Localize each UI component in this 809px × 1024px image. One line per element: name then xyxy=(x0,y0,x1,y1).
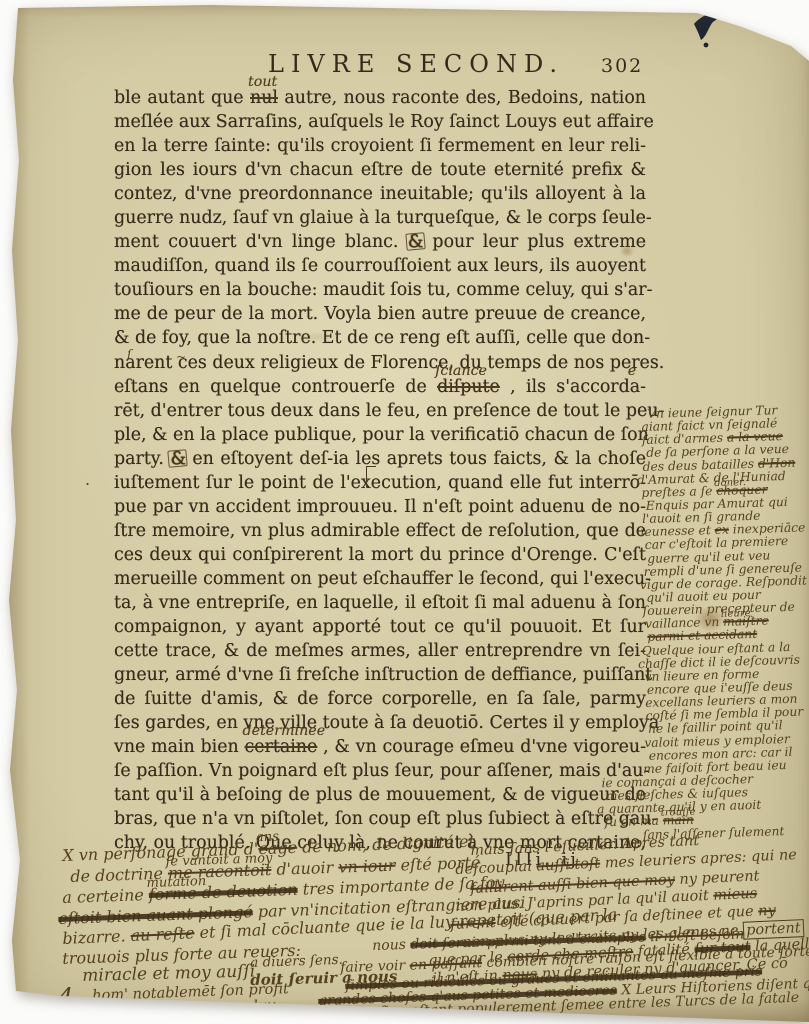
printed-line: merueille comment on peut eſchauffer le … xyxy=(114,567,646,591)
text-run: compaignon, y ayant apporté tout ce qu'i… xyxy=(114,617,646,637)
text-run: touſiours en la bouche: maudit ſois tu, … xyxy=(114,280,653,300)
text-run: de ſuitte d'amis, & de force corporelle,… xyxy=(114,689,646,709)
book-page: LIVRE SECOND. 302 ble autant que toutnul… xyxy=(0,0,809,1024)
printed-line: ta, à vne entrepriſe, en laquelle, il eſ… xyxy=(114,591,646,615)
text-run: a certeine xyxy=(62,885,149,907)
printed-line: meſlée aux Sarraſins, auſquels le Roy ſa… xyxy=(114,110,646,134)
text-run: il n'eſt in xyxy=(432,968,503,987)
text-run: ſes gardes, en vne ville toute à ſa deuo… xyxy=(114,713,659,733)
printed-line: vne main bien determineecertaine , & vn … xyxy=(114,735,646,759)
printed-line: touſiours en la bouche: maudit ſois tu, … xyxy=(114,278,646,302)
hand-correction: determinee xyxy=(243,719,326,743)
printed-line: tant qu'il à beſoing de plus de mouuemen… xyxy=(114,783,646,807)
text-run: party. xyxy=(114,449,170,469)
pen-mark: ſ xyxy=(127,347,131,361)
struck-text: auſſi toſt xyxy=(536,856,600,875)
retouched-char: & xyxy=(170,449,185,469)
printed-line: ces deux qui conſpirerent la mort du pri… xyxy=(114,543,646,567)
hand-correction: mutation xyxy=(146,874,206,891)
text-run: gneur, armé d'vne ſi freſche inſtruction… xyxy=(114,665,652,685)
printed-line: & de foy, que la noſtre. Et de ce reng e… xyxy=(114,326,646,350)
printed-line: de ſuitte d'amis, & de force corporelle,… xyxy=(114,687,646,711)
text-run: guerre nudz, ſauf vn glaiue à la turqueſ… xyxy=(114,208,652,228)
text-run: rēt, d'entrer tous deux dans le feu, en … xyxy=(114,401,664,421)
text-run: cette trace, & de meſmes armes, aller en… xyxy=(114,641,646,661)
printed-line: ſtre memoire, vn plus admirable effect d… xyxy=(114,519,646,543)
text-run: narent ces deux religieux de Florence, d… xyxy=(114,353,664,373)
pen-mark: . xyxy=(85,470,90,489)
photograph-background: { "header": { "title": "LIVRE SECOND.", … xyxy=(0,0,809,1024)
printed-line: contez, d'vne preordonnance ineuitable; … xyxy=(114,182,646,206)
hand-correction: tout xyxy=(248,70,277,94)
text-run: me de peur de la mort. Voyla bien autre … xyxy=(114,304,646,324)
hand-correction: trouſſe xyxy=(661,806,696,820)
printed-line: rēt, d'entrer tous deux dans le feu, en … xyxy=(114,399,646,423)
text-run: pour leur plus extreme xyxy=(423,232,646,252)
struck-text: cette xyxy=(292,1006,328,1023)
printed-line: en la terre ſainte: qu'ils croyoient ſi … xyxy=(114,134,646,158)
text-run: , ils s'accord xyxy=(500,377,630,397)
annotation-line: 4 xyxy=(58,983,73,1011)
printed-line: gion les iours d'vn chacun eſtre de tout… xyxy=(114,158,646,182)
text-run: ſi fortune continue a luy xyxy=(98,998,276,1020)
retouched-char: & xyxy=(408,232,423,252)
text-run: & de foy, que la noſtre. Et de ce reng e… xyxy=(114,328,650,348)
text-run: ces deux qui conſpirerent la mort du pri… xyxy=(114,545,646,565)
printed-line: compaignon, y ayant apporté tout ce qu'i… xyxy=(114,615,646,639)
paper-stain xyxy=(620,245,634,257)
text-run: contez, d'vne preordonnance ineuitable; … xyxy=(114,184,646,204)
annotation-line: ſi fortune continue a luy xyxy=(98,998,276,1020)
text-run: ble autant que xyxy=(114,88,250,108)
struck-text: mieus xyxy=(713,886,757,904)
text-run: ment couuert d'vn linge blanc. xyxy=(114,232,408,252)
printed-line: ſe paſſion. Vn poignard eſt plus ſeur, p… xyxy=(114,759,646,783)
text-run: d'auoir xyxy=(271,858,339,879)
printed-line: party. & en eſtoyent deſ-ia les aprets t… xyxy=(114,447,646,471)
struck-text: ny xyxy=(758,903,776,920)
pen-mark: ~ xyxy=(176,350,186,364)
text-run: , & vn courage eſmeu d'vne vigoreu- xyxy=(317,737,646,757)
text-run: ple, & en la place publique, pour la ver… xyxy=(114,425,649,445)
text-run: eſtans en quelque controuerſe de xyxy=(114,377,437,397)
printed-line: guerre nudz, ſauf vn glaiue à la turqueſ… xyxy=(114,206,646,230)
text-run: la xyxy=(275,1007,293,1024)
printed-line: gneur, armé d'vne ſi freſche inſtruction… xyxy=(114,663,646,687)
hand-correction: ſciance xyxy=(435,359,487,383)
struck-text: ſur tout xyxy=(694,939,751,957)
struck-text: nous xyxy=(502,966,538,984)
printed-line: bras, que n'a vn piſtolet, ſon coup eſt … xyxy=(114,807,646,831)
printed-line: ſes gardes, en vne ville toute à ſa deuo… xyxy=(114,711,646,735)
ink-blot xyxy=(688,8,750,52)
text-run: deſcouplai xyxy=(455,858,537,878)
struck-text: furent xyxy=(450,915,496,933)
text-run: en la terre ſainte: qu'ils croyoient ſi … xyxy=(114,136,646,156)
text-run: bras, que n'a vn piſtolet, ſon coup eſt … xyxy=(114,809,657,829)
text-run: merueille comment on peut eſchauffer le … xyxy=(114,569,651,589)
printed-line: ble autant que toutnul autre, nous racon… xyxy=(114,86,646,110)
text-run: iuſtement ſur le point de l'execution, q… xyxy=(114,473,646,493)
hand-correction: ans xyxy=(256,829,280,845)
text-run: 4 xyxy=(58,983,73,1011)
hand-correction: doner. xyxy=(714,476,746,490)
text-run: faire voir xyxy=(340,958,410,976)
printed-line: pue par vn accident improuueu. Il n'eſt … xyxy=(114,495,646,519)
printed-line: narent ces deux religieux de Florence, d… xyxy=(114,351,646,375)
text-run: autre, nous raconte des, Bedoins, nation xyxy=(278,88,646,108)
insertion-caret-mark xyxy=(366,466,376,487)
paper-stain xyxy=(296,332,338,342)
printed-line: ment couuert d'vn linge blanc. & pour le… xyxy=(114,230,646,254)
printed-text-block: ble autant que toutnul autre, nous racon… xyxy=(114,86,646,856)
text-run: meſlée aux Sarraſins, auſquels le Roy ſa… xyxy=(114,112,654,132)
printed-line: eſtans en quelque controuerſe de ſciance… xyxy=(114,375,646,399)
text-run: ta, à vne entrepriſe, en laquelle, il eſ… xyxy=(114,593,646,613)
text-run: ny peurent xyxy=(675,868,760,888)
page-title: LIVRE SECOND. xyxy=(268,50,564,78)
printed-line: cette trace, & de meſmes armes, aller en… xyxy=(114,639,646,663)
printed-line: ple, & en la place publique, pour la ver… xyxy=(114,423,646,447)
printed-line: me de peur de la mort. Voyla bien autre … xyxy=(114,302,646,326)
text-run: la quelle xyxy=(750,936,809,955)
text-run: nous xyxy=(372,937,411,954)
text-run: vne main bien xyxy=(114,737,245,757)
printed-line: iuſtement ſur le point de l'execution, q… xyxy=(114,471,646,495)
struck-text: vn iour xyxy=(338,856,396,877)
text-run: gion les iours d'vn chacun eſtre de tout… xyxy=(114,160,646,180)
struck-text: au reſte xyxy=(130,923,195,945)
pen-mark: . xyxy=(627,358,632,377)
text-run: fatalité xyxy=(633,941,695,960)
text-run: bizarre. xyxy=(62,926,131,948)
page-shadow-wrap: LIVRE SECOND. 302 ble autant que toutnul… xyxy=(0,0,809,1024)
text-run: ſtre memoire, vn plus admirable effect d… xyxy=(114,521,646,541)
text-run: pue par vn accident improuueu. Il n'eſt … xyxy=(114,497,646,517)
paper-stain xyxy=(694,606,726,632)
text-run: en eſtoyent deſ-ia les aprets tous faict… xyxy=(186,449,646,469)
text-run: tant qu'il à beſoing de plus de mouuemen… xyxy=(114,785,646,805)
page-number: 302 xyxy=(601,55,643,77)
text-run: ſe paſſion. Vn poignard eſt plus ſeur, p… xyxy=(114,761,649,781)
text-run: maudiſſon, quand ils ſe courrouſſoient a… xyxy=(114,256,646,276)
printed-line: maudiſſon, quand ils ſe courrouſſoient a… xyxy=(114,254,646,278)
